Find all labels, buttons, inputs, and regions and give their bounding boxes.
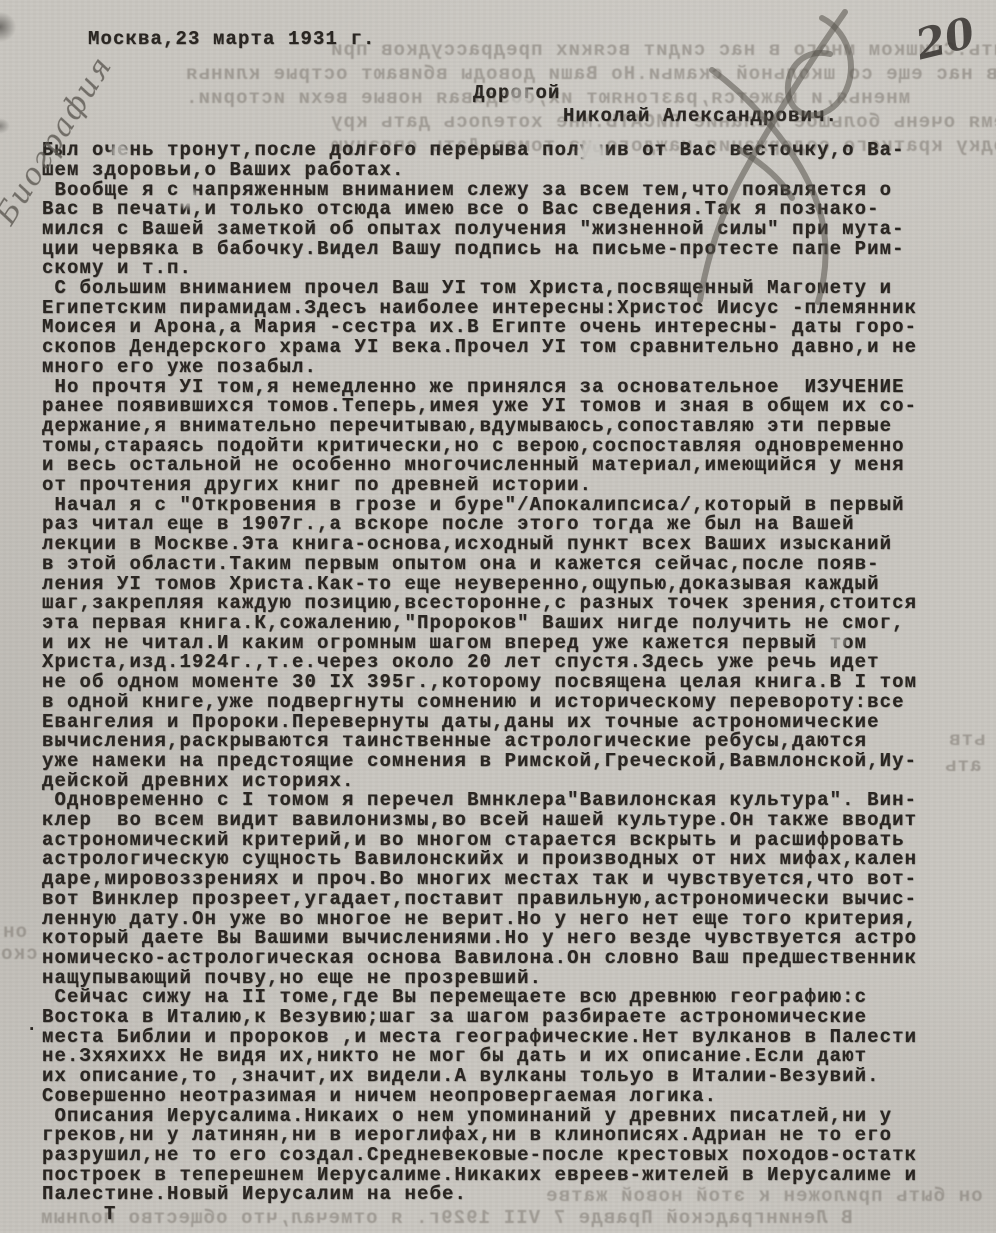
salutation-line2: Николай Александрович. [563, 107, 972, 127]
letter-body: Москва,23 марта 1931 г. Дорогой Николай … [42, 30, 972, 1225]
edge-smudge [0, 118, 10, 134]
scanned-letter-page: удно верить.Слишком много в нас сидит вс… [0, 0, 996, 1233]
bleedthrough-fragment: он [2, 922, 27, 942]
paragraph: Вообще я с напряженным вниманием слежу з… [42, 181, 972, 280]
paragraph: Описания Иерусалима.Никаих о нем упомина… [42, 1107, 972, 1206]
paragraph: Сейчас сижу на II томе,где Вы перемещает… [42, 988, 972, 1106]
dateline: Москва,23 марта 1931 г. [88, 30, 972, 50]
edge-smudge [0, 12, 16, 42]
paragraph: С большим вниманием прочел Ваш УI том Хр… [42, 279, 972, 378]
bleedthrough-fragment: ско [0, 944, 38, 964]
salutation: Дорогой Николай Александрович. [42, 84, 972, 127]
margin-mark: . [26, 1014, 37, 1036]
signature-initial: Т [104, 1205, 972, 1225]
paragraph: Начал я с "Откровения в грозе и буре"/Ап… [42, 496, 972, 792]
paragraph: Одновременно с I томом я перечел Вмнклер… [42, 791, 972, 988]
paragraph: Но прочтя УI том,я немедленно же принялс… [42, 378, 972, 496]
paragraph: Был очень тронут,после долгого перерыва … [42, 141, 972, 180]
salutation-line1: Дорогой [473, 84, 972, 104]
